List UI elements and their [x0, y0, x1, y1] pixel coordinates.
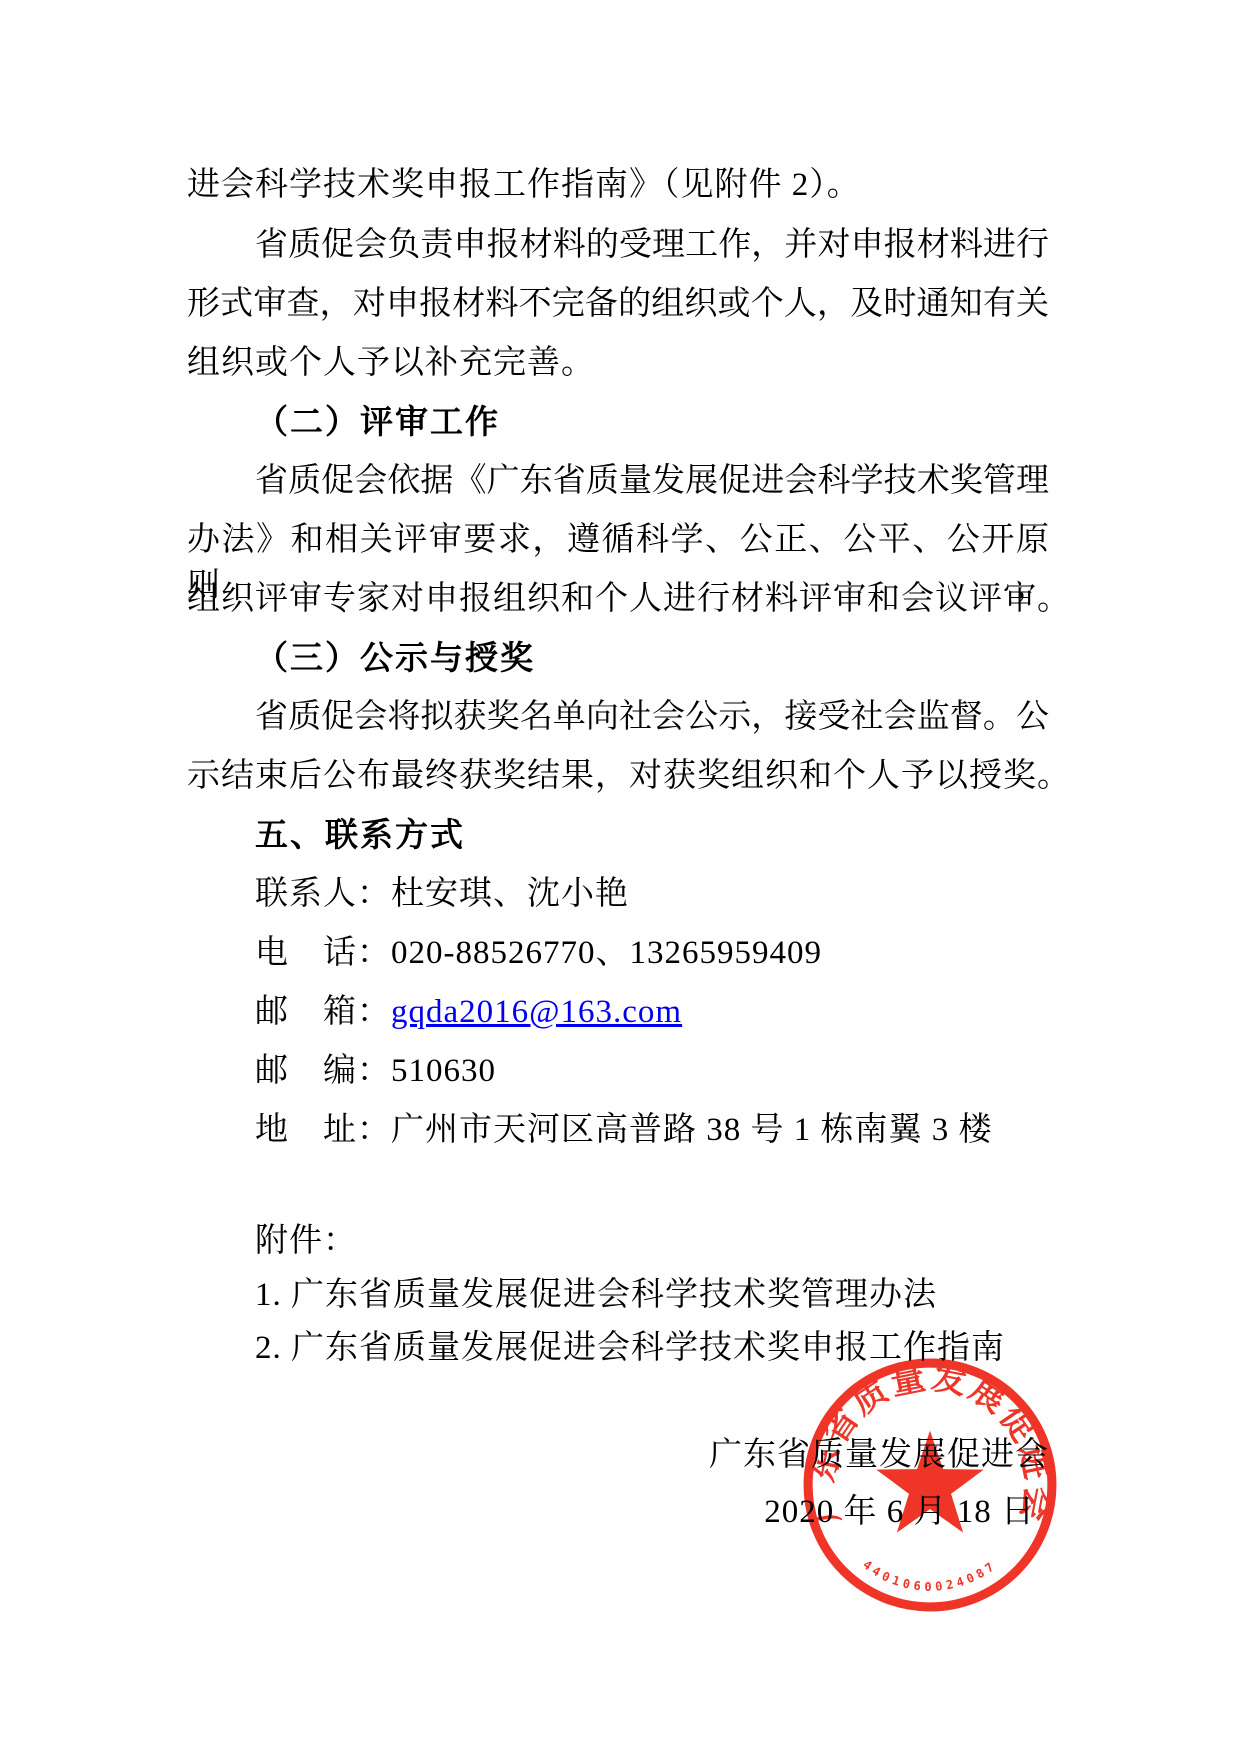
body-line: 省质促会依据《广东省质量发展促进会科学技术奖管理	[187, 458, 1049, 504]
body-line: 省质促会负责申报材料的受理工作，并对申报材料进行	[187, 222, 1049, 268]
attachment-item-1: 1. 广东省质量发展促进会科学技术奖管理办法	[187, 1272, 1049, 1318]
body-line: 办法》和相关评审要求，遵循科学、公正、公平、公开原则，	[187, 517, 1049, 563]
body-line: 省质促会将拟获奖名单向社会公示，接受社会监督。公	[187, 694, 1049, 740]
seal-star-icon	[876, 1431, 983, 1533]
seal-code: 4401060024087	[860, 1557, 999, 1593]
contact-address: 地 址：广州市天河区高普路 38 号 1 栋南翼 3 楼	[187, 1107, 1049, 1153]
contact-email-label: 邮 箱：	[255, 994, 391, 1030]
attachments-label: 附件：	[187, 1218, 1049, 1264]
body-line: 组织评审专家对申报组织和个人进行材料评审和会议评审。	[187, 576, 1049, 622]
contact-phone: 电 话：020-88526770、13265959409	[187, 930, 1049, 976]
body-line: 组织或个人予以补充完善。	[187, 340, 1049, 386]
document-page: 进会科学技术奖申报工作指南》（见附件 2）。 省质促会负责申报材料的受理工作，并…	[0, 0, 1241, 1754]
section-heading-2: （二）评审工作	[187, 399, 1049, 445]
contact-email-line: 邮 箱：gqda2016@163.com	[187, 989, 1049, 1035]
body-line: 进会科学技术奖申报工作指南》（见附件 2）。	[187, 162, 1049, 208]
section-heading-3: （三）公示与授奖	[187, 635, 1049, 681]
body-line: 形式审查，对申报材料不完备的组织或个人，及时通知有关	[187, 281, 1049, 327]
official-seal: 广东省质量发展促进会 4401060024087	[799, 1354, 1061, 1616]
email-link[interactable]: gqda2016@163.com	[391, 994, 682, 1030]
contact-person: 联系人：杜安琪、沈小艳	[187, 871, 1049, 917]
section-heading-5: 五、联系方式	[187, 812, 1049, 858]
contact-zip: 邮 编：510630	[187, 1048, 1049, 1094]
body-line: 示结束后公布最终获奖结果，对获奖组织和个人予以授奖。	[187, 753, 1049, 799]
